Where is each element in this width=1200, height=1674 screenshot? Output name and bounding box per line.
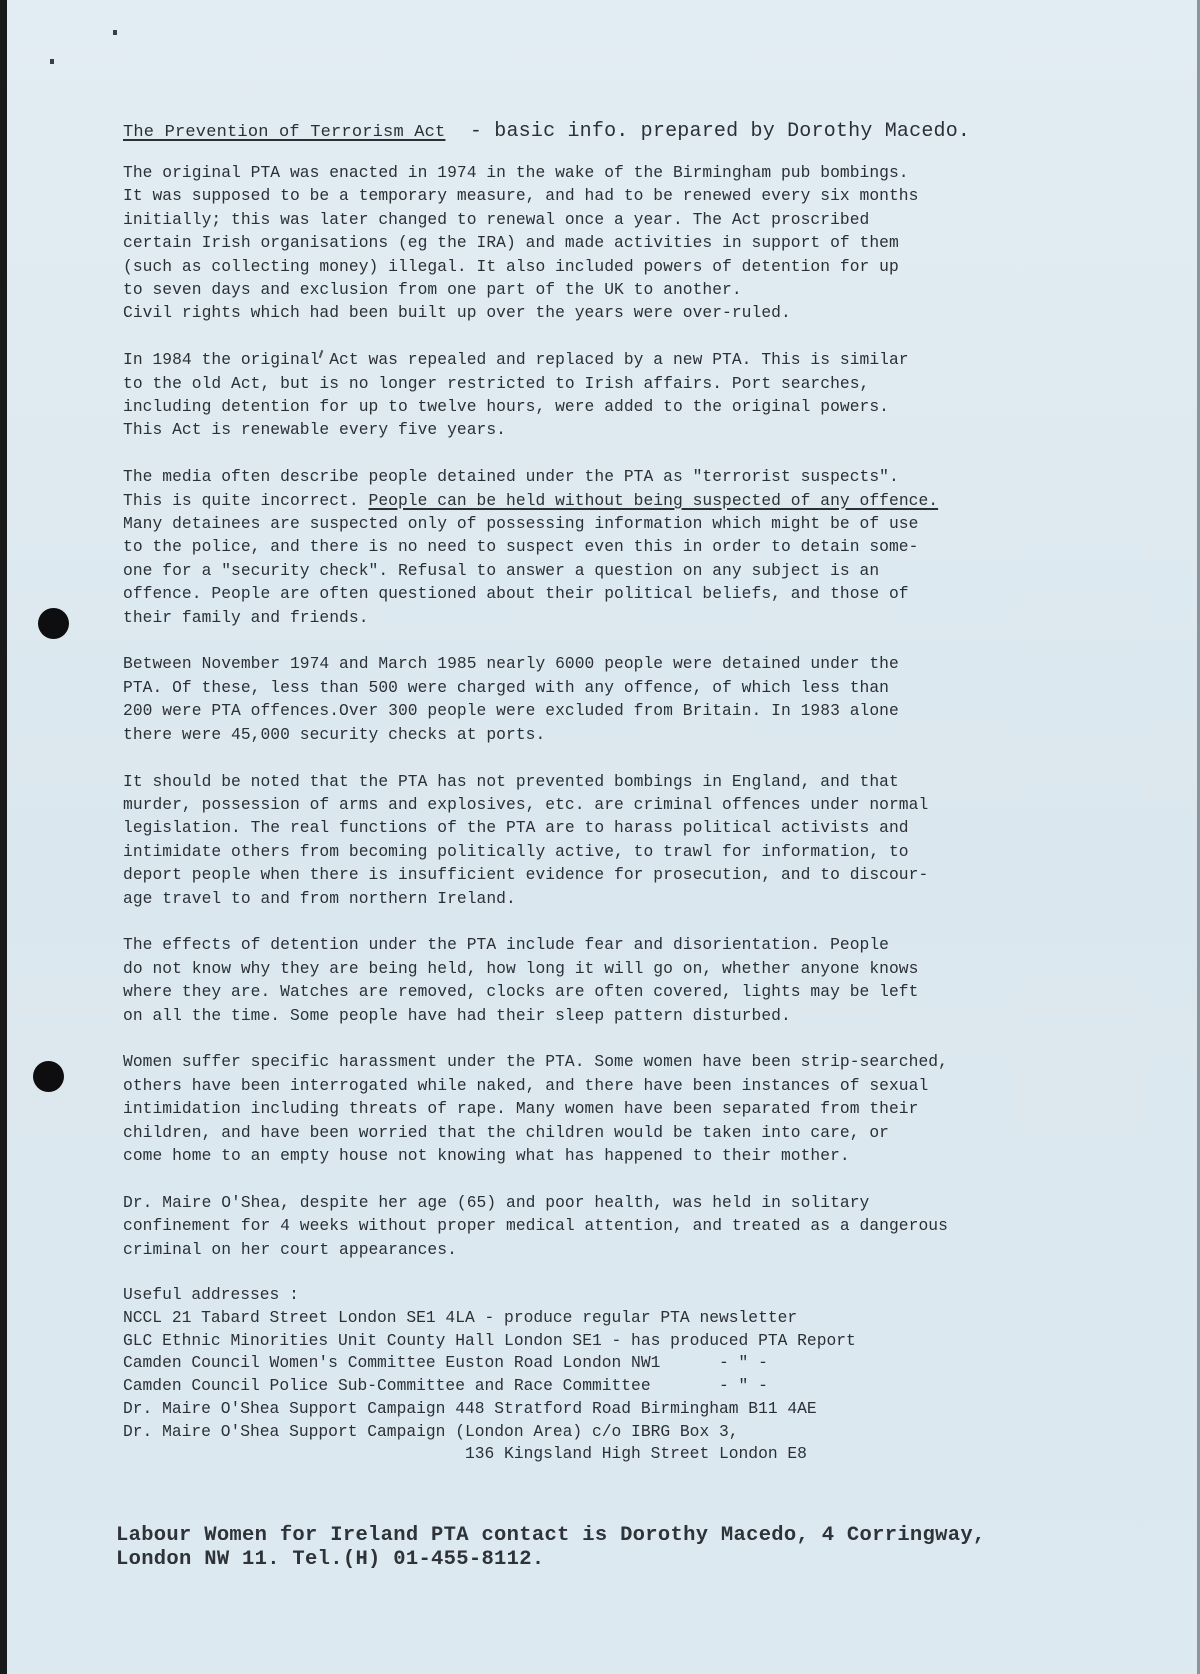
- text-line: to the police, and there is no need to s…: [123, 535, 1143, 558]
- punch-hole-icon: [33, 1061, 64, 1092]
- text-line: initially; this was later changed to ren…: [123, 208, 1143, 231]
- address-line: NCCL 21 Tabard Street London SE1 4LA - p…: [123, 1307, 1143, 1330]
- text-line: certain Irish organisations (eg the IRA)…: [123, 231, 1143, 254]
- scan-left-edge: [0, 0, 7, 1674]
- text-line: This Act is renewable every five years.: [123, 418, 1143, 441]
- text-line: children, and have been worried that the…: [123, 1121, 1143, 1144]
- text-line: 200 were PTA offences.Over 300 people we…: [123, 699, 1143, 722]
- underlined-emphasis: People can be held without being suspect…: [369, 491, 939, 510]
- text-line: The original PTA was enacted in 1974 in …: [123, 161, 1143, 184]
- text-line: The effects of detention under the PTA i…: [123, 933, 1143, 956]
- document-title: The Prevention of Terrorism Act - basic …: [123, 118, 1143, 147]
- title-subtitle: - basic info. prepared by Dorothy Macedo…: [445, 120, 970, 143]
- text-line: It should be noted that the PTA has not …: [123, 770, 1143, 793]
- contact-line: Labour Women for Ireland PTA contact is …: [116, 1524, 986, 1548]
- text-line: come home to an empty house not knowing …: [123, 1144, 1143, 1167]
- contact-info: Labour Women for Ireland PTA contact is …: [116, 1524, 986, 1572]
- text-line: The media often describe people detained…: [123, 465, 1143, 488]
- text-line: In 1984 the original Act was repealed an…: [123, 348, 1143, 371]
- text-line: intimidation including threats of rape. …: [123, 1097, 1143, 1120]
- text-line: on all the time. Some people have had th…: [123, 1004, 1143, 1027]
- text-line: their family and friends.: [123, 606, 1143, 629]
- text-line: others have been interrogated while nake…: [123, 1074, 1143, 1097]
- speck-mark: [113, 30, 117, 35]
- text-line: one for a "security check". Refusal to a…: [123, 559, 1143, 582]
- text-line: where they are. Watches are removed, clo…: [123, 980, 1143, 1003]
- paragraph-effects: The effects of detention under the PTA i…: [123, 933, 1143, 1027]
- contact-line: London NW 11. Tel.(H) 01-455-8112.: [116, 1548, 986, 1572]
- useful-addresses: Useful addresses :NCCL 21 Tabard Street …: [123, 1284, 1143, 1466]
- addresses-heading: Useful addresses :: [123, 1284, 1143, 1307]
- text-line: Between November 1974 and March 1985 nea…: [123, 652, 1143, 675]
- address-line: Dr. Maire O'Shea Support Campaign 448 St…: [123, 1398, 1143, 1421]
- text-line: Civil rights which had been built up ove…: [123, 301, 1143, 324]
- text-line: to the old Act, but is no longer restric…: [123, 372, 1143, 395]
- paragraph-media: The media often describe people detained…: [123, 465, 1143, 629]
- address-line: Camden Council Police Sub-Committee and …: [123, 1375, 1143, 1398]
- document-body: The Prevention of Terrorism Act - basic …: [123, 118, 1143, 1466]
- text-line: do not know why they are being held, how…: [123, 957, 1143, 980]
- text-line: criminal on her court appearances.: [123, 1238, 1143, 1261]
- text-segment: This is quite incorrect.: [123, 491, 369, 510]
- text-line: there were 45,000 security checks at por…: [123, 723, 1143, 746]
- text-line: legislation. The real functions of the P…: [123, 816, 1143, 839]
- text-line: murder, possession of arms and explosive…: [123, 793, 1143, 816]
- text-line: Many detainees are suspected only of pos…: [123, 512, 1143, 535]
- text-line: to seven days and exclusion from one par…: [123, 278, 1143, 301]
- text-line: PTA. Of these, less than 500 were charge…: [123, 676, 1143, 699]
- text-line: intimidate others from becoming politica…: [123, 840, 1143, 863]
- address-line: Dr. Maire O'Shea Support Campaign (Londo…: [123, 1421, 1143, 1444]
- paragraph-statistics: Between November 1974 and March 1985 nea…: [123, 652, 1143, 746]
- text-line: Dr. Maire O'Shea, despite her age (65) a…: [123, 1191, 1143, 1214]
- address-line: 136 Kingsland High Street London E8: [123, 1443, 1143, 1466]
- text-line: Women suffer specific harassment under t…: [123, 1050, 1143, 1073]
- text-line: (such as collecting money) illegal. It a…: [123, 255, 1143, 278]
- speck-mark: [50, 59, 54, 64]
- text-line: including detention for up to twelve hou…: [123, 395, 1143, 418]
- title-underlined: The Prevention of Terrorism Act: [123, 123, 445, 142]
- paragraph-1984-act: In 1984 the original Act was repealed an…: [123, 348, 1143, 442]
- text-line: confinement for 4 weeks without proper m…: [123, 1214, 1143, 1237]
- text-line: offence. People are often questioned abo…: [123, 582, 1143, 605]
- punch-hole-icon: [38, 608, 69, 639]
- address-line: GLC Ethnic Minorities Unit County Hall L…: [123, 1330, 1143, 1353]
- paragraph-women: Women suffer specific harassment under t…: [123, 1050, 1143, 1167]
- paragraph-real-functions: It should be noted that the PTA has not …: [123, 770, 1143, 910]
- text-line: It was supposed to be a temporary measur…: [123, 184, 1143, 207]
- text-line: deport people when there is insufficient…: [123, 863, 1143, 886]
- paragraph-original-pta: The original PTA was enacted in 1974 in …: [123, 161, 1143, 325]
- paragraph-maire-oshea: Dr. Maire O'Shea, despite her age (65) a…: [123, 1191, 1143, 1261]
- text-line: This is quite incorrect. People can be h…: [123, 489, 1143, 512]
- address-line: Camden Council Women's Committee Euston …: [123, 1352, 1143, 1375]
- text-line: age travel to and from northern Ireland.: [123, 887, 1143, 910]
